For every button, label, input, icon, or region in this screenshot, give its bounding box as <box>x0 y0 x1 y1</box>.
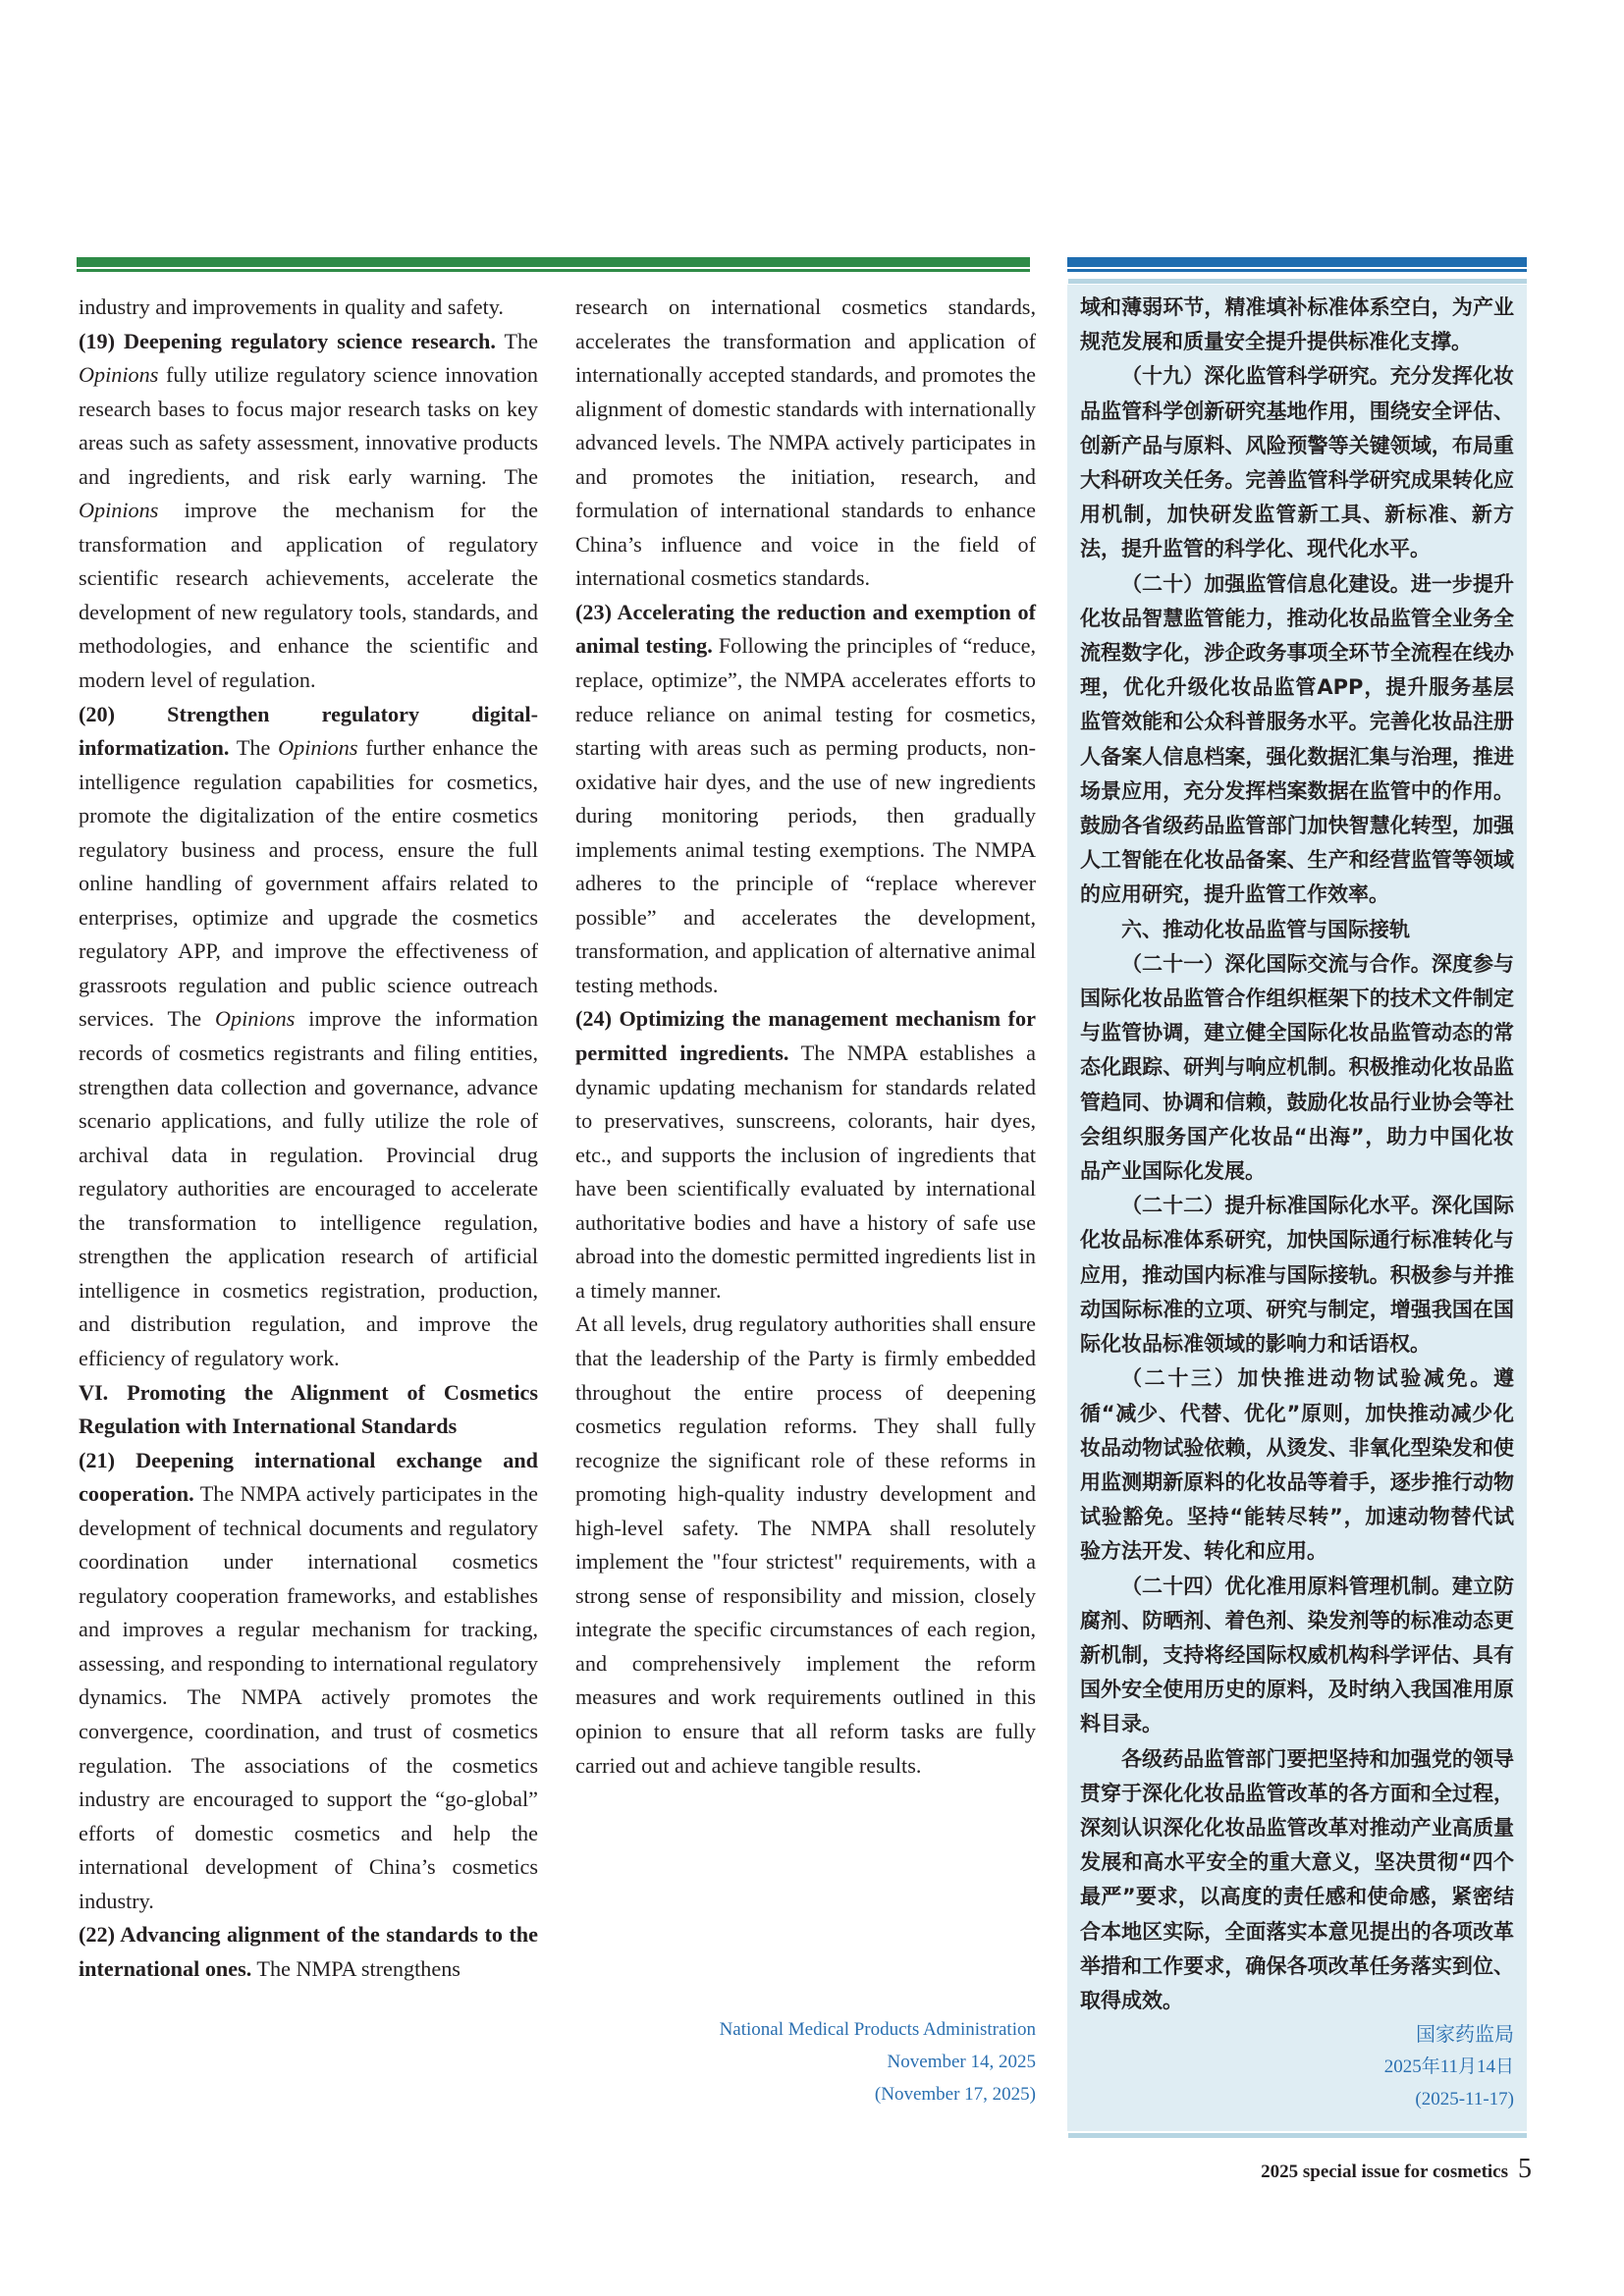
text: improve the information records of cosme… <box>79 1006 538 1369</box>
zh-paragraph-23: （二十三）加快推进动物试验减免。遵循“减少、代替、优化”原则，加快推动减少化妆品… <box>1080 1362 1514 1569</box>
paragraph-22-continued: research on international cosmetics stan… <box>575 291 1036 596</box>
zh-paragraph-21: （二十一）深化国际交流与合作。深度参与国际化妆品监管合作组织框架下的技术文件制定… <box>1080 947 1514 1189</box>
header-rule-green <box>77 257 1030 267</box>
signature-date: November 14, 2025 <box>575 2046 1036 2078</box>
text: The NMPA strengthens <box>251 1956 460 1981</box>
text: The <box>229 735 278 760</box>
text: The NMPA establishes a dynamic updating … <box>575 1041 1036 1303</box>
zh-paragraph-20: （二十）加强监管信息化建设。进一步提升化妆品智慧监管能力，推动化妆品监管全业务全… <box>1080 567 1514 913</box>
header-rule-blue <box>1067 257 1527 267</box>
paragraph-23: (23) Accelerating the reduction and exem… <box>575 596 1036 1003</box>
paragraph-19: (19) Deepening regulatory science resear… <box>79 325 538 698</box>
panel-top-border <box>1068 279 1527 284</box>
section-heading-19: (19) Deepening regulatory science resear… <box>79 329 496 353</box>
text: The <box>496 329 538 353</box>
signature-org-zh: 国家药监局 <box>1080 2018 1514 2051</box>
italic-opinions: Opinions <box>79 498 158 522</box>
paragraph-21: (21) Deepening international exchange an… <box>79 1444 538 1919</box>
signature-org: National Medical Products Administration <box>575 2013 1036 2046</box>
header-rule-blue-thin <box>1067 269 1527 272</box>
page-number: 5 <box>1518 2154 1532 2184</box>
section-title: VI. Promoting the Alignment of Cosmetics… <box>79 1380 538 1439</box>
signature-chinese: 国家药监局 2025年11月14日 (2025-11-17) <box>1080 2018 1514 2115</box>
text: industry and improvements in quality and… <box>79 294 504 319</box>
signature-english: National Medical Products Administration… <box>575 2013 1036 2110</box>
signature-date-zh: 2025年11月14日 <box>1080 2051 1514 2083</box>
text: further enhance the intelligence regulat… <box>79 735 538 1031</box>
left-column: industry and improvements in quality and… <box>79 291 538 1986</box>
italic-opinions: Opinions <box>278 735 357 760</box>
signature-published: (November 17, 2025) <box>575 2078 1036 2110</box>
paragraph-closing: At all levels, drug regulatory authoriti… <box>575 1308 1036 1783</box>
text: The NMPA actively participates in the de… <box>79 1481 538 1913</box>
text: improve the mechanism for the transforma… <box>79 498 538 692</box>
italic-opinions: Opinions <box>79 362 158 387</box>
header-rule-green-thin <box>77 269 1030 272</box>
paragraph-20: (20) Strengthen regulatory digital-infor… <box>79 698 538 1376</box>
page-footer: 2025 special issue for cosmetics5 <box>1159 2154 1532 2185</box>
italic-opinions: Opinions <box>215 1006 295 1031</box>
issue-label: 2025 special issue for cosmetics <box>1261 2162 1508 2182</box>
zh-paragraph-intro: 域和薄弱环节，精准填补标准体系空白，为产业规范发展和质量安全提升提供标准化支撑。 <box>1080 291 1514 359</box>
paragraph-intro: industry and improvements in quality and… <box>79 291 538 325</box>
zh-section-heading-vi: 六、推动化妆品监管与国际接轨 <box>1080 913 1514 947</box>
zh-paragraph-24: （二十四）优化准用原料管理机制。建立防腐剂、防晒剂、着色剂、染发剂等的标准动态更… <box>1080 1570 1514 1742</box>
zh-paragraph-22: （二十二）提升标准国际化水平。深化国际化妆品标准体系研究，加快国际通行标准转化与… <box>1080 1189 1514 1362</box>
section-heading-vi: VI. Promoting the Alignment of Cosmetics… <box>79 1376 538 1444</box>
text: research on international cosmetics stan… <box>575 294 1036 590</box>
signature-published-zh: (2025-11-17) <box>1080 2083 1514 2115</box>
zh-paragraph-19: （十九）深化监管科学研究。充分发挥化妆品监管科学创新研究基地作用，围绕安全评估、… <box>1080 359 1514 566</box>
paragraph-22: (22) Advancing alignment of the standard… <box>79 1918 538 1986</box>
middle-column: research on international cosmetics stan… <box>575 291 1036 1783</box>
zh-paragraph-closing: 各级药品监管部门要把坚持和加强党的领导贯穿于深化化妆品监管改革的各方面和全过程，… <box>1080 1742 1514 2019</box>
paragraph-24: (24) Optimizing the management mechanism… <box>575 1002 1036 1308</box>
text: Following the principles of “reduce, rep… <box>575 633 1036 996</box>
text: At all levels, drug regulatory authoriti… <box>575 1311 1036 1777</box>
right-column-chinese: 域和薄弱环节，精准填补标准体系空白，为产业规范发展和质量安全提升提供标准化支撑。… <box>1080 291 1514 2115</box>
panel-bottom-border <box>1068 2133 1527 2138</box>
